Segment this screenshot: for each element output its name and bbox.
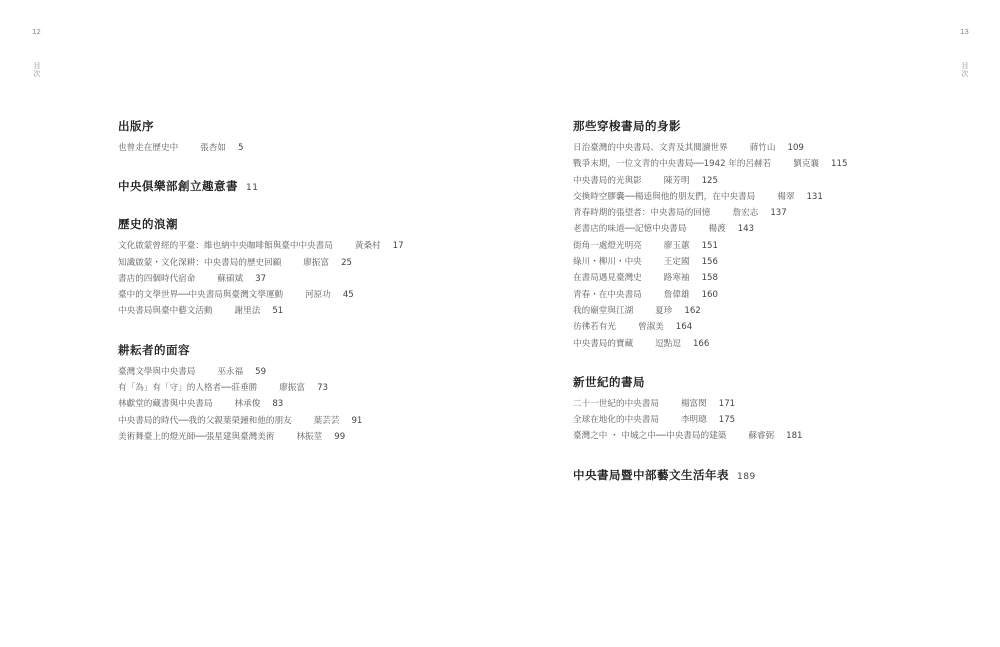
entry-page-number: 125 <box>702 176 718 186</box>
entry-author: 林振莖 <box>296 432 322 442</box>
entry-author: 路寒袖 <box>664 273 690 283</box>
page-number: 13 <box>960 28 969 36</box>
toc-entry: 知識啟蒙・文化深耕：中央書局的歷史回顧廖振富25 <box>118 255 404 271</box>
entry-page-number: 25 <box>341 258 352 268</box>
entry-author: 張杏如 <box>200 143 226 153</box>
section-title: 中央俱樂部創立趣意書11 <box>118 178 404 194</box>
section-title-text: 那些穿梭書局的身影 <box>573 119 681 133</box>
entry-page-number: 131 <box>806 192 822 202</box>
section-title-text: 中央書局暨中部藝文生活年表 <box>573 468 729 482</box>
entry-page-number: 156 <box>702 257 718 267</box>
section-title: 耕耘者的面容 <box>118 342 404 358</box>
entry-page-number: 175 <box>719 415 735 425</box>
entry-title: 林獻堂的藏書與中央書局 <box>118 399 213 409</box>
page-number: 12 <box>32 28 41 36</box>
entry-page-number: 181 <box>786 431 802 441</box>
toc-entry: 中央書局與臺中藝文活動謝里法51 <box>118 303 404 319</box>
toc-entry: 臺灣之中 ・ 中城之中──中央書局的建築蘇睿弼181 <box>573 428 847 444</box>
entry-title: 青春時期的張望者：中央書局的回憶 <box>573 208 711 218</box>
entry-author: 陳芳明 <box>664 176 690 186</box>
toc-entry: 我的廟堂與江湖夏珍162 <box>573 303 847 319</box>
entry-author: 河原功 <box>305 290 331 300</box>
entry-title: 臺中的文學世界──中央書局與臺灣文學運動 <box>118 290 283 300</box>
section-title: 新世紀的書局 <box>573 374 847 390</box>
entry-page-number: 115 <box>831 159 847 169</box>
toc-entry: 戰爭末期，一位文青的中央書局──1942 年的呂赫若劉克襄115 <box>573 156 847 172</box>
entry-author: 葉芸芸 <box>314 416 340 426</box>
toc-section: 中央書局暨中部藝文生活年表189 <box>573 467 847 483</box>
toc-entry: 林獻堂的藏書與中央書局林承俊83 <box>118 396 404 412</box>
entry-author: 廖振富 <box>279 383 305 393</box>
entry-author: 巫永福 <box>217 367 243 377</box>
entry-title: 文化啟蒙曾經的平臺：維也納中央咖啡館與臺中中央書局 <box>118 241 333 251</box>
running-head: 目次 <box>960 62 970 78</box>
entry-author: 楊渡 <box>708 224 725 234</box>
entry-author: 夏珍 <box>655 306 672 316</box>
entry-page-number: 164 <box>676 322 692 332</box>
toc-column-right: 那些穿梭書局的身影日治臺灣的中央書局、文青及其閱讀世界蔣竹山109戰爭末期，一位… <box>573 118 847 505</box>
toc-entry: 全球在地化的中央書局李明璁175 <box>573 412 847 428</box>
entry-title: 青春・在中央書局 <box>573 290 642 300</box>
toc-entry: 中央書局的時代──我的父親葉榮鐘和他的朋友葉芸芸91 <box>118 413 404 429</box>
entry-title: 綠川・柳川・中央 <box>573 257 642 267</box>
toc-entry: 臺中的文學世界──中央書局與臺灣文學運動河原功45 <box>118 287 404 303</box>
entry-page-number: 137 <box>770 208 786 218</box>
toc-entry: 文化啟蒙曾經的平臺：維也納中央咖啡館與臺中中央書局黃桑村17 <box>118 238 404 254</box>
running-head: 目次 <box>32 62 42 78</box>
entry-title: 彷彿若有光 <box>573 322 616 332</box>
entry-author: 蔣竹山 <box>750 143 776 153</box>
entry-title: 中央書局的時代──我的父親葉榮鐘和他的朋友 <box>118 416 292 426</box>
entry-page-number: 59 <box>255 367 266 377</box>
entry-author: 曾淑美 <box>638 322 664 332</box>
toc-entry: 綠川・柳川・中央王定國156 <box>573 254 847 270</box>
entry-page-number: 37 <box>255 274 266 284</box>
entry-author: 蘇碩斌 <box>217 274 243 284</box>
entry-author: 蘇睿弼 <box>748 431 774 441</box>
section-title: 那些穿梭書局的身影 <box>573 118 847 134</box>
entry-title: 也曾走在歷史中 <box>118 143 178 153</box>
entry-page-number: 17 <box>393 241 404 251</box>
toc-entry: 中央書局的光與影陳芳明125 <box>573 173 847 189</box>
entry-title: 有「為」有「守」的人格者──莊垂勝 <box>118 383 257 393</box>
toc-section: 中央俱樂部創立趣意書11 <box>118 178 404 194</box>
entry-author: 劉克襄 <box>793 159 819 169</box>
entry-author: 逗點逗 <box>655 339 681 349</box>
entry-page-number: 45 <box>343 290 354 300</box>
toc-entry: 也曾走在歷史中張杏如5 <box>118 140 404 156</box>
entry-title: 美術舞臺上的燈光師──張星建與臺灣美術 <box>118 432 274 442</box>
entry-title: 二十一世紀的中央書局 <box>573 399 659 409</box>
entry-title: 中央書局與臺中藝文活動 <box>118 306 213 316</box>
entry-author: 廖振富 <box>303 258 329 268</box>
toc-entry: 美術舞臺上的燈光師──張星建與臺灣美術林振莖99 <box>118 429 404 445</box>
entry-page-number: 99 <box>334 432 345 442</box>
toc-entry: 中央書局的寶藏逗點逗166 <box>573 336 847 352</box>
entry-page-number: 158 <box>702 273 718 283</box>
entry-page-number: 91 <box>351 416 362 426</box>
entry-author: 林承俊 <box>235 399 261 409</box>
section-title-text: 耕耘者的面容 <box>118 343 190 357</box>
entry-author: 李明璁 <box>681 415 707 425</box>
toc-section: 新世紀的書局二十一世紀的中央書局楊富閔171全球在地化的中央書局李明璁175臺灣… <box>573 374 847 445</box>
entry-title: 全球在地化的中央書局 <box>573 415 659 425</box>
entry-title: 我的廟堂與江湖 <box>573 306 633 316</box>
entry-page-number: 143 <box>738 224 754 234</box>
toc-entry: 日治臺灣的中央書局、文青及其閱讀世界蔣竹山109 <box>573 140 847 156</box>
entry-page-number: 166 <box>693 339 709 349</box>
entry-author: 詹偉雄 <box>664 290 690 300</box>
entry-title: 中央書局的光與影 <box>573 176 642 186</box>
toc-entry: 臺灣文學與中央書局巫永福59 <box>118 364 404 380</box>
section-page-number: 189 <box>737 472 756 482</box>
toc-section: 出版序也曾走在歷史中張杏如5 <box>118 118 404 156</box>
entry-title: 老書店的味道──記憶中央書局 <box>573 224 686 234</box>
entry-page-number: 5 <box>238 143 243 153</box>
entry-page-number: 109 <box>788 143 804 153</box>
entry-page-number: 83 <box>272 399 283 409</box>
section-title-text: 出版序 <box>118 119 154 133</box>
toc-section: 歷史的浪潮文化啟蒙曾經的平臺：維也納中央咖啡館與臺中中央書局黃桑村17知識啟蒙・… <box>118 216 404 319</box>
section-title-text: 歷史的浪潮 <box>118 217 178 231</box>
entry-title: 街角一處燈光明亮 <box>573 241 642 251</box>
section-title: 出版序 <box>118 118 404 134</box>
section-title-text: 中央俱樂部創立趣意書 <box>118 179 238 193</box>
entry-page-number: 160 <box>702 290 718 300</box>
toc-entry: 有「為」有「守」的人格者──莊垂勝廖振富73 <box>118 380 404 396</box>
section-title: 歷史的浪潮 <box>118 216 404 232</box>
entry-author: 黃桑村 <box>355 241 381 251</box>
toc-entry: 彷彿若有光曾淑美164 <box>573 319 847 335</box>
entry-title: 書店的四個時代宿命 <box>118 274 195 284</box>
section-title-text: 新世紀的書局 <box>573 375 645 389</box>
entry-page-number: 51 <box>272 306 283 316</box>
toc-entry: 交換時空膠囊──楊逵與他的朋友們，在中央書局楊翠131 <box>573 189 847 205</box>
toc-entry: 青春・在中央書局詹偉雄160 <box>573 287 847 303</box>
toc-section: 耕耘者的面容臺灣文學與中央書局巫永福59有「為」有「守」的人格者──莊垂勝廖振富… <box>118 342 404 445</box>
toc-entry: 青春時期的張望者：中央書局的回憶詹宏志137 <box>573 205 847 221</box>
toc-entry: 老書店的味道──記憶中央書局楊渡143 <box>573 221 847 237</box>
entry-author: 楊富閔 <box>681 399 707 409</box>
entry-author: 楊翠 <box>777 192 794 202</box>
section-title: 中央書局暨中部藝文生活年表189 <box>573 467 847 483</box>
entry-title: 臺灣之中 ・ 中城之中──中央書局的建築 <box>573 431 726 441</box>
section-page-number: 11 <box>246 183 258 193</box>
entry-author: 廖玉蕙 <box>664 241 690 251</box>
entry-page-number: 73 <box>317 383 328 393</box>
toc-entry: 書店的四個時代宿命蘇碩斌37 <box>118 271 404 287</box>
entry-title: 交換時空膠囊──楊逵與他的朋友們，在中央書局 <box>573 192 755 202</box>
toc-entry: 二十一世紀的中央書局楊富閔171 <box>573 396 847 412</box>
toc-entry: 街角一處燈光明亮廖玉蕙151 <box>573 238 847 254</box>
entry-author: 詹宏志 <box>733 208 759 218</box>
entry-page-number: 162 <box>684 306 700 316</box>
entry-title: 中央書局的寶藏 <box>573 339 633 349</box>
entry-page-number: 171 <box>719 399 735 409</box>
entry-title: 日治臺灣的中央書局、文青及其閱讀世界 <box>573 143 728 153</box>
toc-entry: 在書局遇見臺灣史路寒袖158 <box>573 270 847 286</box>
entry-page-number: 151 <box>702 241 718 251</box>
entry-title: 知識啟蒙・文化深耕：中央書局的歷史回顧 <box>118 258 281 268</box>
entry-author: 王定國 <box>664 257 690 267</box>
toc-column-left: 出版序也曾走在歷史中張杏如5中央俱樂部創立趣意書11歷史的浪潮文化啟蒙曾經的平臺… <box>118 118 404 467</box>
entry-author: 謝里法 <box>235 306 261 316</box>
entry-title: 在書局遇見臺灣史 <box>573 273 642 283</box>
toc-section: 那些穿梭書局的身影日治臺灣的中央書局、文青及其閱讀世界蔣竹山109戰爭末期，一位… <box>573 118 847 352</box>
entry-title: 戰爭末期，一位文青的中央書局──1942 年的呂赫若 <box>573 159 771 169</box>
entry-title: 臺灣文學與中央書局 <box>118 367 195 377</box>
